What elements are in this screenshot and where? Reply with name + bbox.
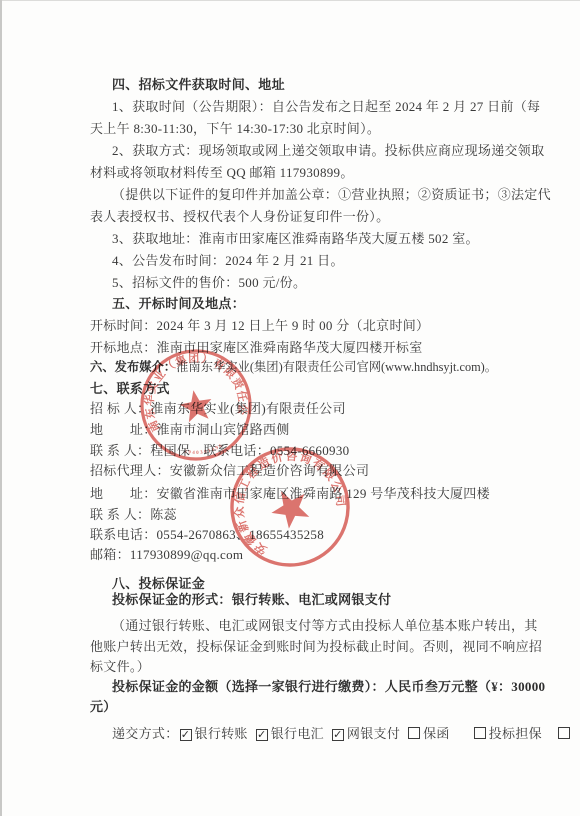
heading-section-8: 八、投标保证金 xyxy=(112,575,205,592)
tenderer-address-line: 地 址：淮南市洞山宾馆路西侧 xyxy=(90,421,290,438)
checkbox-ebank-pay-icon: ✓ xyxy=(332,729,344,741)
agent-contact-line: 联 系 人：陈蕊 xyxy=(90,506,177,523)
text-line: 标文件。） xyxy=(90,658,150,675)
heading-section-5: 五、开标时间及地点： xyxy=(112,295,245,312)
section-6-value: 淮南东华实业(集团)有限责任公司官网(www.hndhsyjt.com)。 xyxy=(176,360,497,374)
heading-section-4: 四、招标文件获取时间、地址 xyxy=(112,76,285,93)
heading-section-7: 七、联系方式 xyxy=(90,380,170,397)
text-line: （提供以下证件的复印件并加盖公章：①营业执照；②资质证书；③法定代 xyxy=(112,186,551,203)
text-line: 4、公告发布时间：2024 年 2 月 21 日。 xyxy=(112,252,344,269)
checkbox-bank-wire-icon: ✓ xyxy=(256,729,268,741)
deposit-amount-cont-line: 元） xyxy=(90,698,117,715)
text-line: 5、招标文件的售价：500 元/份。 xyxy=(112,274,306,291)
agent-phone-line: 联系电话：0554-2670863、18655435258 xyxy=(90,526,324,543)
checkbox-guarantee-letter-icon xyxy=(408,727,420,739)
agent-line: 招标代理人：安徽新众信工程造价咨询有限公司 xyxy=(90,462,369,479)
option-bank-wire: ✓银行电汇 xyxy=(255,726,324,741)
deposit-form-line: 投标保证金的形式：银行转账、电汇或网银支付 xyxy=(112,591,391,608)
text-line: 表人表授权书、授权代表个人身份证复印件一份）。 xyxy=(90,208,389,225)
option-other xyxy=(557,726,573,741)
agent-address-line: 地 址：安徽省淮南市田家庵区淮舜南路 129 号华茂科技大厦四楼 xyxy=(90,485,490,502)
text-line: 开标地点：淮南市田家庵区淮舜南路华茂大厦四楼开标室 xyxy=(90,339,423,356)
text-line: 材料或将领取材料传至 QQ 邮箱 117930899。 xyxy=(90,164,354,181)
option-bid-guarantee: 投标担保 xyxy=(473,726,542,741)
text-line: 天上午 8:30-11:30，下午 14:30-17:30 北京时间）。 xyxy=(90,120,380,137)
delivery-method-label: 递交方式： xyxy=(112,726,179,741)
agent-email-line: 邮箱：117930899@qq.com xyxy=(90,546,243,563)
option-ebank-pay: ✓网银支付 xyxy=(331,726,400,741)
section-6-label: 六、发布媒介： xyxy=(90,360,176,374)
text-line: 开标时间：2024 年 3 月 12 日上午 9 时 00 分（北京时间） xyxy=(90,317,429,334)
text-line: 他账户转出无效，投标保证金到账时间为投标截止时间。否则，视同不响应招 xyxy=(90,638,542,655)
checkbox-bank-transfer-icon: ✓ xyxy=(180,729,192,741)
checkbox-bid-guarantee-icon xyxy=(474,727,486,739)
option-bank-transfer: ✓银行转账 xyxy=(179,726,248,741)
tenderer-line: 招 标 人：淮南东华实业(集团)有限责任公司 xyxy=(90,400,346,417)
option-guarantee-letter: 保函 xyxy=(407,726,450,741)
delivery-method-line: 递交方式：✓银行转账✓银行电汇✓网银支付保函投标担保 xyxy=(112,725,580,742)
text-line: （通过银行转账、电汇或网银支付等方式由投标人单位基本账户转出，其 xyxy=(112,617,538,634)
text-line: 2、获取方式：现场领取或网上递交领取申请。投标供应商应现场递交领取 xyxy=(112,142,544,159)
text-line: 1、获取时间（公告期限）：自公告发布之日起至 2024 年 2 月 27 日前（… xyxy=(112,98,540,115)
tenderer-contact-line: 联 系 人：程国保 联系电话：0554-6660930 xyxy=(90,442,349,459)
heading-section-6: 六、发布媒介：淮南东华实业(集团)有限责任公司官网(www.hndhsyjt.c… xyxy=(90,359,497,376)
text-line: 3、获取地址：淮南市田家庵区淮舜南路华茂大厦五楼 502 室。 xyxy=(112,230,479,247)
scanned-document-page: 四、招标文件获取时间、地址 1、获取时间（公告期限）：自公告发布之日起至 202… xyxy=(0,0,580,816)
checkbox-other-icon xyxy=(558,727,570,739)
deposit-amount-line: 投标保证金的金额（选择一家银行进行缴费）：人民币叁万元整（¥：30000 xyxy=(112,678,545,695)
